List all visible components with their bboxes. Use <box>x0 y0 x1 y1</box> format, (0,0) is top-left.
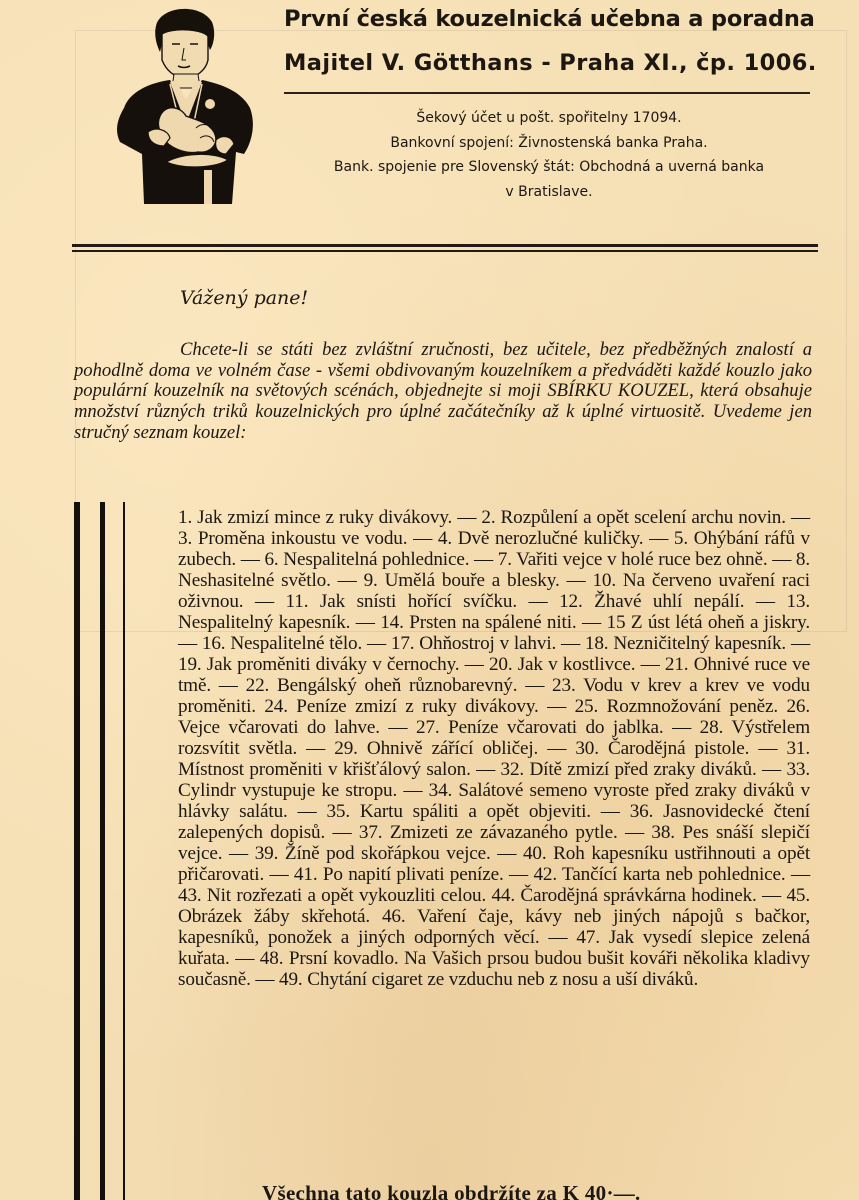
scanned-letter-page: První česká kouzelnická učebna a poradna… <box>0 0 859 1200</box>
header-divider <box>284 92 810 94</box>
tricks-list: 1. Jak zmizí mince z ruky divákovy. — 2.… <box>178 507 810 990</box>
bank-info-block: Šekový účet u pošt. spořitelny 17094. Ba… <box>284 106 814 204</box>
owner-address-line: Majitel V. Götthans - Praha XI., čp. 100… <box>284 50 814 76</box>
bank-info-line: Bankovní spojení: Živnostenská banka Pra… <box>284 131 814 156</box>
magician-with-rooster-illustration <box>104 4 268 212</box>
bank-info-line: v Bratislave. <box>284 180 814 205</box>
decorative-vertical-bars <box>74 502 134 1200</box>
price-offer: Všechna tato kouzla obdržíte za K 40·—. <box>262 1181 641 1200</box>
intro-paragraph: Chcete-li se státi bez zvláštní zručnost… <box>74 340 812 444</box>
school-title: První česká kouzelnická učebna a poradna <box>284 6 814 32</box>
bank-info-line: Bank. spojenie pre Slovenský štát: Obcho… <box>284 155 814 180</box>
salutation: Vážený pane! <box>180 287 308 309</box>
double-divider <box>72 244 818 252</box>
bank-info-line: Šekový účet u pošt. spořitelny 17094. <box>284 106 814 131</box>
